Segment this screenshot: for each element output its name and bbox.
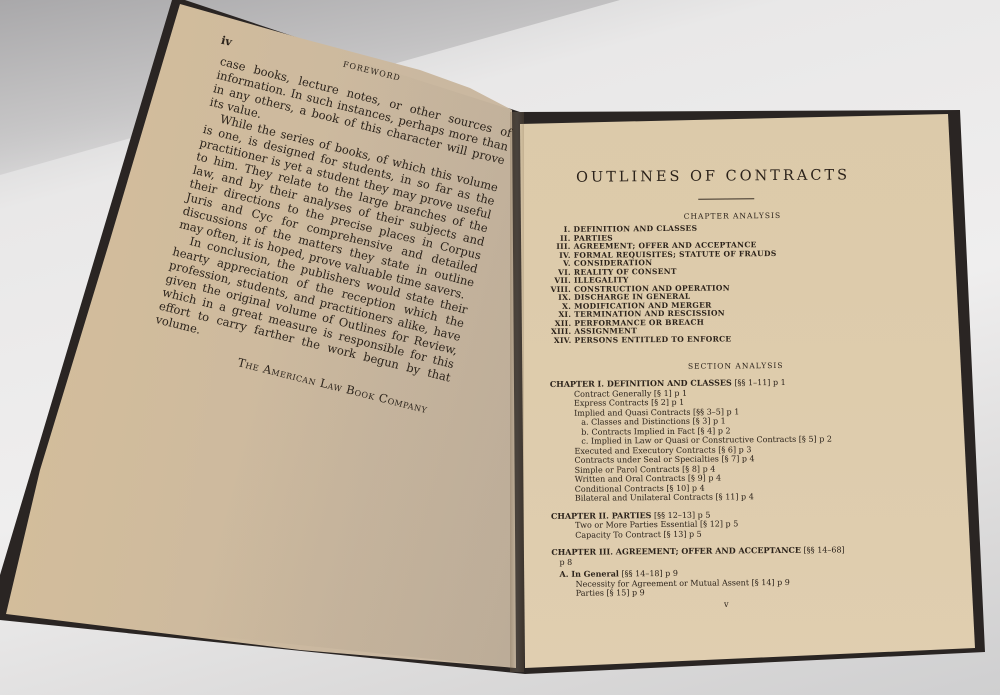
section-chapter-1: CHAPTER I. DEFINITION AND CLASSES [§§ 1–… [550,377,951,504]
section-chapter-2: CHAPTER II. PARTIES [§§ 12–13] p 5 Two o… [551,508,951,540]
chapter-ref: [§§ 1–11] p 1 [732,378,786,387]
chapter-heading-text: CHAPTER I. DEFINITION AND CLASSES [550,377,732,389]
chapter-heading-text: CHAPTER II. PARTIES [551,510,651,521]
section-analysis-heading: SECTION ANALYSIS [636,360,836,371]
title-rule [698,198,754,199]
book-title: OUTLINES OF CONTRACTS [548,167,878,186]
subsection-label: A. In General [559,568,618,579]
chapter-ref: [§§ 14–68] [801,545,845,554]
right-page-number: v [724,600,729,609]
chapter-list: I.DEFINITION AND CLASSES II.PARTIES III.… [548,223,949,345]
subsection-ref: [§§ 14–18] p 9 [619,569,678,579]
contents-page: OUTLINES OF CONTRACTS CHAPTER ANALYSIS I… [548,167,952,599]
chapter-heading-text: CHAPTER III. AGREEMENT; OFFER AND ACCEPT… [551,545,801,557]
section-chapter-3: CHAPTER III. AGREEMENT; OFFER AND ACCEPT… [551,544,951,598]
chapter-row: XIV.PERSONS ENTITLED TO ENFORCE [549,333,949,345]
chapter-title: PERSONS ENTITLED TO ENFORCE [574,335,731,345]
chapter-analysis-heading: CHAPTER ANALYSIS [632,211,832,222]
chapter-ref: [§§ 12–13] p 5 [651,510,710,520]
chapter-number: XIV. [549,336,571,345]
book-gutter [510,112,524,672]
